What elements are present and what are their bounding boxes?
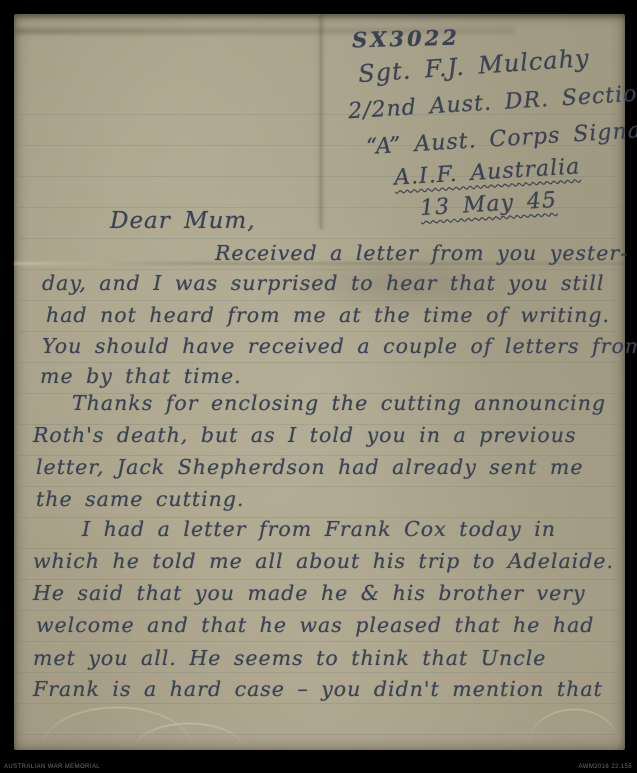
corner-crease-arc xyxy=(529,709,619,744)
sender-unit-line: 2/2nd Aust. DR. Section xyxy=(348,81,637,125)
handwritten-line: met you all. He seems to think that Uncl… xyxy=(33,646,546,670)
archive-id: AWM2016 22.155 xyxy=(579,764,632,770)
letter-date: 13 May 45 xyxy=(419,188,557,221)
handwritten-line: Thanks for enclosing the cutting announc… xyxy=(72,391,606,415)
photo-frame: SX3022 Sgt. F.J. Mulcahy 2/2nd Aust. DR.… xyxy=(0,0,637,773)
archive-watermark: AUSTRALIAN WAR MEMORIAL xyxy=(4,764,100,770)
handwritten-line: I had a letter from Frank Cox today in xyxy=(82,517,556,541)
salutation: Dear Mum, xyxy=(110,208,256,234)
handwritten-line: me by that time. xyxy=(40,364,242,388)
fold-crease-vertical xyxy=(320,14,322,229)
letter-page: SX3022 Sgt. F.J. Mulcahy 2/2nd Aust. DR.… xyxy=(14,14,625,750)
handwritten-line: Roth's death, but as I told you in a pre… xyxy=(33,423,576,447)
handwritten-line: letter, Jack Shepherdson had already sen… xyxy=(36,455,583,479)
handwritten-line: day, and I was surprised to hear that yo… xyxy=(42,271,604,295)
service-number: SX3022 xyxy=(352,25,461,53)
handwritten-line: Frank is a hard case – you didn't mentio… xyxy=(33,677,603,701)
handwritten-line: welcome and that he was pleased that he … xyxy=(36,613,594,637)
handwritten-line: which he told me all about his trip to A… xyxy=(33,549,614,573)
handwritten-line: You should have received a couple of let… xyxy=(42,334,637,358)
handwritten-line: He said that you made he & his brother v… xyxy=(33,581,586,605)
sender-country-line: A.I.F. Australia xyxy=(393,154,581,190)
handwritten-line: the same cutting. xyxy=(36,487,244,511)
sender-corps-line: “A” Aust. Corps Signals xyxy=(366,117,637,160)
handwritten-line: had not heard from me at the time of wri… xyxy=(46,303,610,327)
handwritten-line: Received a letter from you yester- xyxy=(215,241,628,265)
